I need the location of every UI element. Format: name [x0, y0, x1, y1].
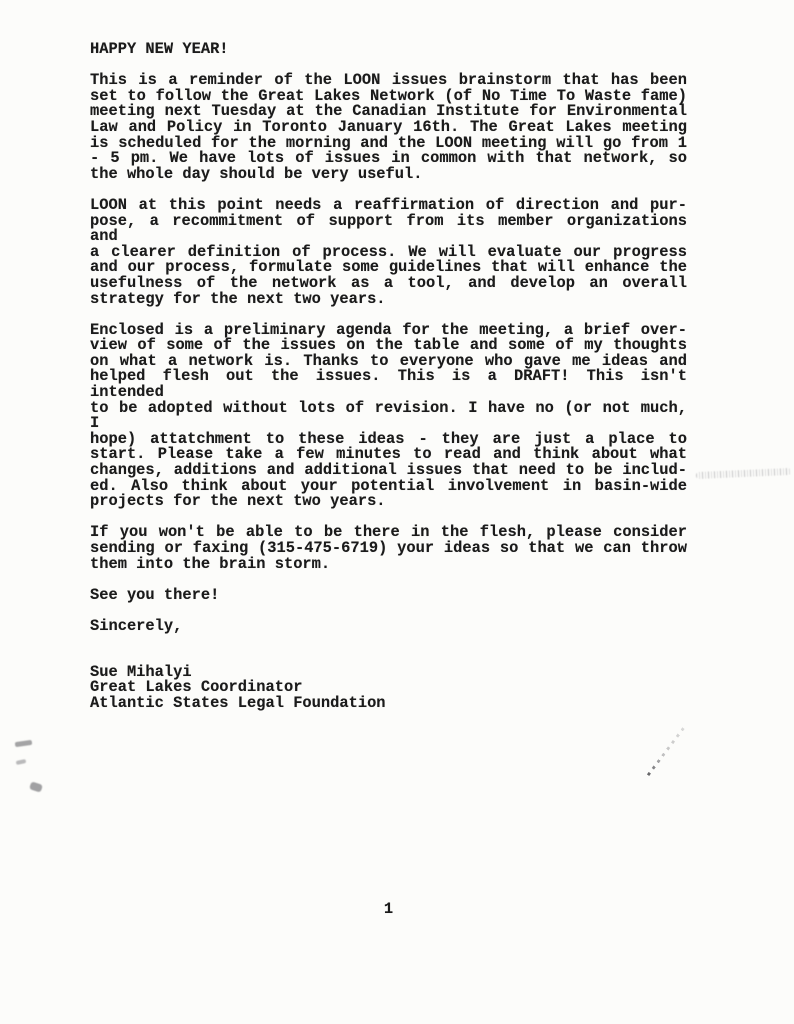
- pen-scratch-mark: [646, 727, 685, 777]
- letter-line: strategy for the next two years.: [90, 292, 687, 308]
- signature-organization: Atlantic States Legal Foundation: [90, 696, 687, 712]
- letter-line: the whole day should be very useful.: [90, 167, 687, 183]
- page-number: 1: [90, 902, 687, 918]
- signature-block: Sue Mihalyi Great Lakes Coordinator Atla…: [90, 665, 687, 712]
- letter-line: Sincerely,: [90, 619, 687, 635]
- letter-line: pose, a recommitment of support from its…: [90, 214, 687, 245]
- letter-line: them into the brain storm.: [90, 557, 687, 573]
- letter-line: to be adopted without lots of revision. …: [90, 401, 687, 432]
- scan-smudge: [696, 468, 791, 479]
- letter-salutation: HAPPY NEW YEAR!: [90, 42, 687, 58]
- paragraph: Enclosed is a preliminary agenda for the…: [90, 323, 687, 510]
- paragraph: See you there!: [90, 588, 687, 604]
- letter-line: helped flesh out the issues. This is a D…: [90, 369, 687, 400]
- paragraph: This is a reminder of the LOON issues br…: [90, 73, 687, 182]
- paragraph: LOON at this point needs a reaffirmation…: [90, 198, 687, 307]
- letter-line: See you there!: [90, 588, 687, 604]
- letter-page: HAPPY NEW YEAR! This is a reminder of th…: [0, 0, 794, 1024]
- scan-speck: [15, 740, 33, 747]
- scan-speck: [16, 759, 27, 765]
- paragraph: If you won't be able to be there in the …: [90, 525, 687, 572]
- letter-body: This is a reminder of the LOON issues br…: [90, 73, 687, 634]
- scan-speck: [29, 781, 43, 792]
- letter-line: projects for the next two years.: [90, 494, 687, 510]
- letter-text-column: HAPPY NEW YEAR! This is a reminder of th…: [90, 42, 687, 711]
- paragraph: Sincerely,: [90, 619, 687, 635]
